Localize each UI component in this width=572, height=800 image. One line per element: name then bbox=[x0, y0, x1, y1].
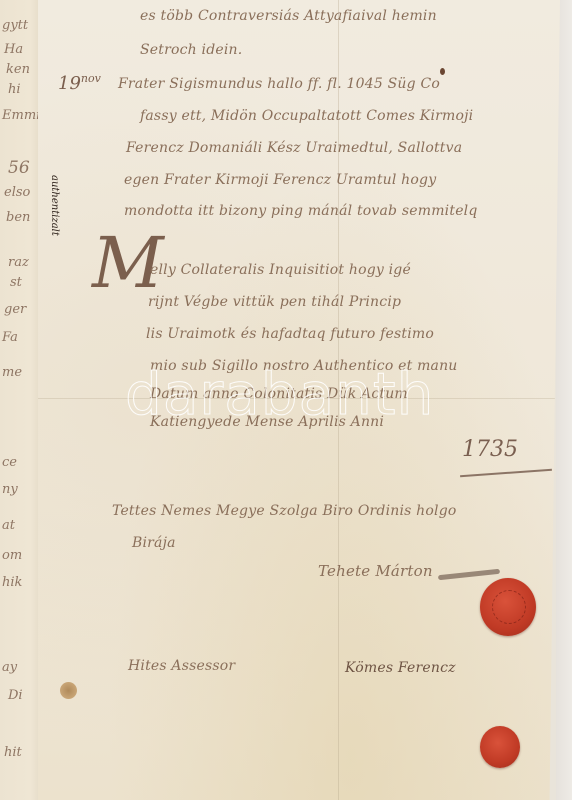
body-line: fassy ett, Midön Occupaltatott Comes Kir… bbox=[140, 108, 473, 124]
wax-seal-lower bbox=[480, 726, 520, 768]
signature-name: Tehete Márton bbox=[318, 562, 433, 580]
body-line: es több Contraversiás Attyafiaival hemin bbox=[140, 8, 437, 24]
fragment-text: Emmi bbox=[2, 108, 40, 123]
fragment-text: 56 bbox=[8, 158, 30, 178]
fragment-text: me bbox=[2, 365, 22, 380]
signature-title: Tettes Nemes Megye Szolga Biro Ordinis h… bbox=[112, 503, 457, 519]
body-line: Setroch idein. bbox=[140, 42, 242, 58]
fragment-text: hik bbox=[2, 575, 22, 590]
ink-blot bbox=[440, 68, 445, 75]
body-line: Ferencz Domaniáli Kész Uraimedtul, Sallo… bbox=[126, 140, 462, 156]
margin-date: 19nov bbox=[58, 72, 101, 94]
margin-date-number: 19 bbox=[58, 73, 81, 94]
margin-date-suffix: nov bbox=[81, 72, 101, 85]
closing-line: rijnt Végbe vittük pen tihál Princip bbox=[148, 294, 401, 310]
body-line: mondotta itt bizony ping mánál tovab sem… bbox=[124, 203, 478, 219]
fragment-text: hi bbox=[8, 82, 21, 97]
fragment-text: ben bbox=[6, 210, 30, 225]
fragment-text: at bbox=[2, 518, 15, 533]
closing-line: elly Collateralis Inquisitiot hogy igé bbox=[150, 262, 411, 278]
signature-title: Hites Assessor bbox=[128, 658, 235, 674]
fragment-text: raz bbox=[8, 255, 29, 270]
watermark: darabanth bbox=[125, 360, 434, 428]
fragment-text: om bbox=[2, 548, 22, 563]
margin-vertical-note: authentizalt bbox=[49, 175, 60, 236]
fragment-text: Ha bbox=[4, 42, 23, 57]
body-line: Frater Sigismundus hallo ff. fl. 1045 Sü… bbox=[118, 76, 440, 92]
fragment-text: st bbox=[10, 275, 22, 290]
fragment-text: Di bbox=[8, 688, 23, 703]
fragment-text: Fa bbox=[2, 330, 18, 345]
fragment-text: hit bbox=[4, 745, 22, 760]
wax-seal-upper bbox=[480, 578, 536, 636]
fragment-text: ce bbox=[2, 455, 17, 470]
fragment-text: gytt bbox=[2, 18, 28, 33]
signature-name: Kömes Ferencz bbox=[345, 660, 456, 676]
closing-line: lis Uraimotk és hafadtaq futuro festimo bbox=[146, 326, 434, 342]
signature-title: Birája bbox=[132, 535, 176, 551]
fragment-text: ken bbox=[6, 62, 30, 77]
fragment-text: elso bbox=[4, 185, 30, 200]
body-line: egen Frater Kirmoji Ferencz Uramtul hogy bbox=[124, 172, 436, 188]
document-year: 1735 bbox=[462, 437, 518, 462]
fragment-text: ger bbox=[4, 302, 26, 317]
fragment-text: ay bbox=[2, 660, 17, 675]
paper-stain bbox=[60, 682, 77, 699]
fragment-text: ny bbox=[2, 482, 18, 497]
